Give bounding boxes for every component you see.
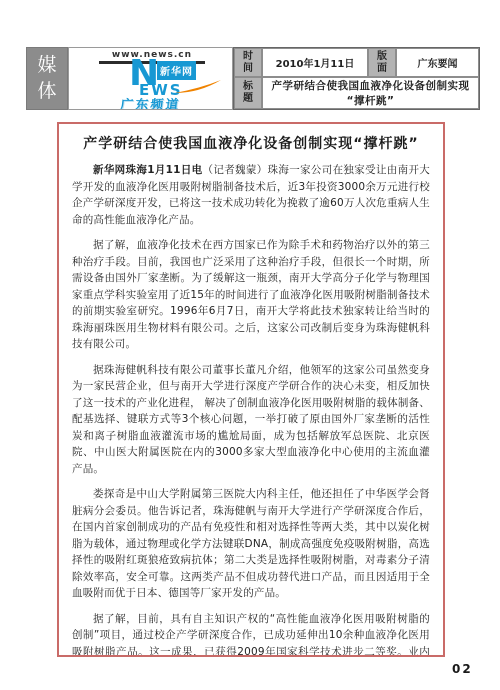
meta-title-label: 标题 <box>242 81 254 105</box>
meta-layout-value: 广东要闻 <box>396 48 479 77</box>
article-paragraph-5: 据了解，目前，具有自主知识产权的“高性能血液净化医用吸附树脂的创制”项目，通过校… <box>72 611 430 658</box>
xinhuanet-logo: www.news.cn N 新华网 EWS 广东频道 <box>68 47 233 110</box>
article-title: 产学研结合使我国血液净化设备创制实现“撑杆跳” <box>72 133 430 153</box>
meta-title-value: 产学研结合使我国血液净化设备创制实现 “撑杆跳” <box>262 77 479 109</box>
logo-channel: 广东频道 <box>68 94 233 110</box>
article-paragraph-2: 据了解，血液净化技术在西方国家已作为除手术和药物治疗以外的第三种治疗手段。目前，… <box>72 237 430 353</box>
article-dateline: 新华网珠海1月11日电 <box>93 164 203 176</box>
meta-layout-label: 版面 <box>376 51 388 75</box>
meta-time-label: 时间 <box>242 51 254 75</box>
meta-time-label-cell: 时间 <box>234 48 262 77</box>
meta-layout-label-cell: 版面 <box>368 48 396 77</box>
media-tab: 媒体 <box>26 47 68 110</box>
meta-time-value: 2010年1月11日 <box>262 48 368 77</box>
article-paragraph-4: 娄探奇是中山大学附属第三医院大内科主任，他还担任了中华医学会肾脏病分会委员。他告… <box>72 486 430 602</box>
media-clipping-page: 媒体 www.news.cn N 新华网 EWS 广东频道 时间 2010年1月… <box>0 0 500 690</box>
media-tab-label: 媒体 <box>36 53 58 104</box>
article-box: 产学研结合使我国血液净化设备创制实现“撑杆跳” 新华网珠海1月11日电（记者魏蒙… <box>57 122 445 657</box>
article-paragraph-3: 据珠海健帆科技有限公司董事长董凡介绍，他领军的这家公司虽然变身为一家民营企业，但… <box>72 362 430 478</box>
meta-title-label-cell: 标题 <box>234 77 262 109</box>
clipping-meta-table: 时间 2010年1月11日 版面 广东要闻 标题 产学研结合使我国血液净化设备创… <box>233 47 480 110</box>
page-number: 02 <box>452 662 473 676</box>
article-paragraph-1: 新华网珠海1月11日电（记者魏蒙）珠海一家公司在独家受让由南开大学开发的血液净化… <box>72 162 430 228</box>
